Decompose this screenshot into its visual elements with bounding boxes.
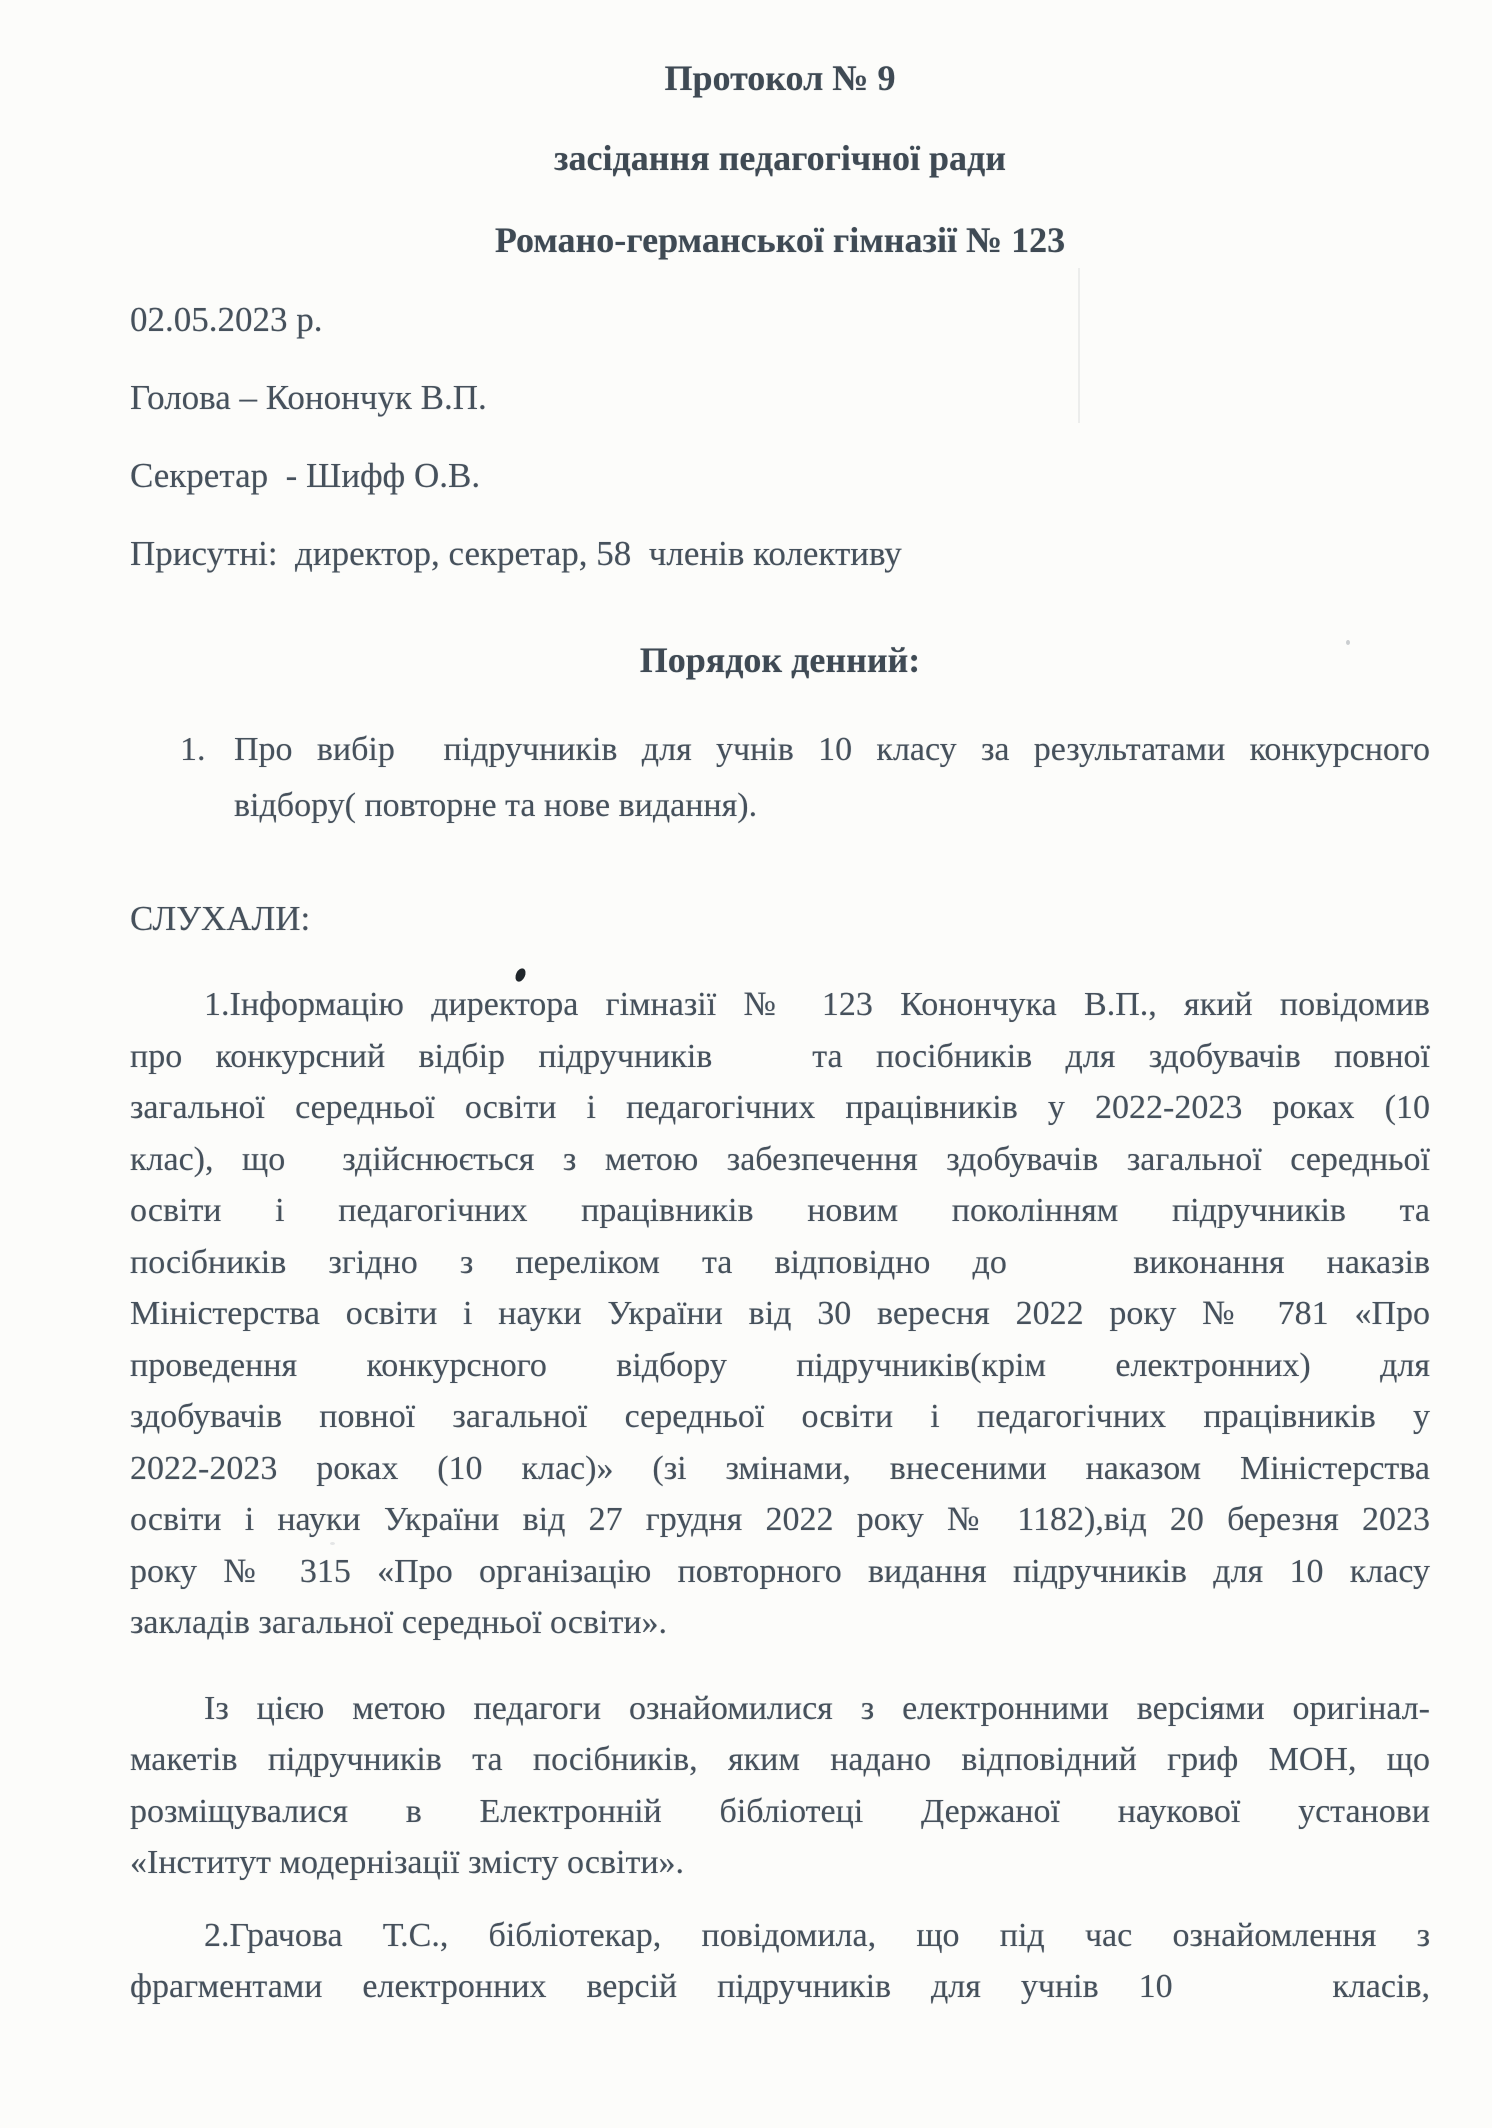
doc-title-line-1: Протокол № 9 <box>130 58 1430 98</box>
text-line: розміщувалися в Електронній бібліотеці Д… <box>130 1786 1430 1838</box>
text-line: проведення конкурсного відбору підручник… <box>130 1340 1430 1392</box>
secretary-line: Секретар - Шифф О.В. <box>130 456 1430 496</box>
text-line: Із цією метою педагоги ознайомилися з ел… <box>130 1683 1430 1735</box>
document-content: Протокол № 9 засідання педагогічної ради… <box>130 58 1430 2013</box>
text-line: фрагментами електронних версій підручник… <box>130 1961 1430 2013</box>
text-line: загальної середньої освіти і педагогічни… <box>130 1082 1430 1134</box>
text-line: 2.Грачова Т.С., бібліотекар, повідомила,… <box>130 1910 1430 1962</box>
text-line: закладів загальної середньої освіти». <box>130 1597 1430 1649</box>
agenda-item-1: 1. Про вибір підручників для учнів 10 кл… <box>130 722 1430 834</box>
text-line: клас), що здійснюється з метою забезпече… <box>130 1134 1430 1186</box>
text-line: освіти і науки України від 27 грудня 202… <box>130 1494 1430 1546</box>
text-line: про конкурсний відбір підручників та пос… <box>130 1031 1430 1083</box>
text-line: Міністерства освіти і науки України від … <box>130 1288 1430 1340</box>
document-page: Протокол № 9 засідання педагогічної ради… <box>0 0 1492 2128</box>
text-line: 1.Інформацію директора гімназії № 123 Ко… <box>130 979 1430 1031</box>
doc-title-line-2: засідання педагогічної ради <box>130 138 1430 178</box>
paragraph-2: Із цією метою педагоги ознайомилися з ел… <box>130 1683 1430 1889</box>
text-line: освіти і педагогічних працівників новим … <box>130 1185 1430 1237</box>
agenda-heading: Порядок денний: <box>130 640 1430 680</box>
paragraph-3: 2.Грачова Т.С., бібліотекар, повідомила,… <box>130 1910 1430 2013</box>
text-line: «Інститут модернізації змісту освіти». <box>130 1837 1430 1889</box>
text-line: посібників згідно з переліком та відпові… <box>130 1237 1430 1289</box>
text-line: відбору( повторне та нове видання). <box>234 778 1430 834</box>
text-line: Про вибір підручників для учнів 10 класу… <box>234 722 1430 778</box>
chair-line: Голова – Конончук В.П. <box>130 378 1430 418</box>
text-line: року № 315 «Про організацію повторного в… <box>130 1546 1430 1598</box>
heard-heading: СЛУХАЛИ: <box>130 899 1430 939</box>
attendees-line: Присутні: директор, секретар, 58 членів … <box>130 534 1430 574</box>
text-line: здобувачів повної загальної середньої ос… <box>130 1391 1430 1443</box>
agenda-item-number: 1. <box>180 722 206 778</box>
doc-title-line-3: Романо-германської гімназії № 123 <box>130 220 1430 260</box>
agenda-item-text: Про вибір підручників для учнів 10 класу… <box>234 722 1430 834</box>
doc-date: 02.05.2023 р. <box>130 300 1430 340</box>
text-line: 2022-2023 роках (10 клас)» (зі змінами, … <box>130 1443 1430 1495</box>
text-line: макетів підручників та посібників, яким … <box>130 1734 1430 1786</box>
paragraph-1: 1.Інформацію директора гімназії № 123 Ко… <box>130 979 1430 1649</box>
